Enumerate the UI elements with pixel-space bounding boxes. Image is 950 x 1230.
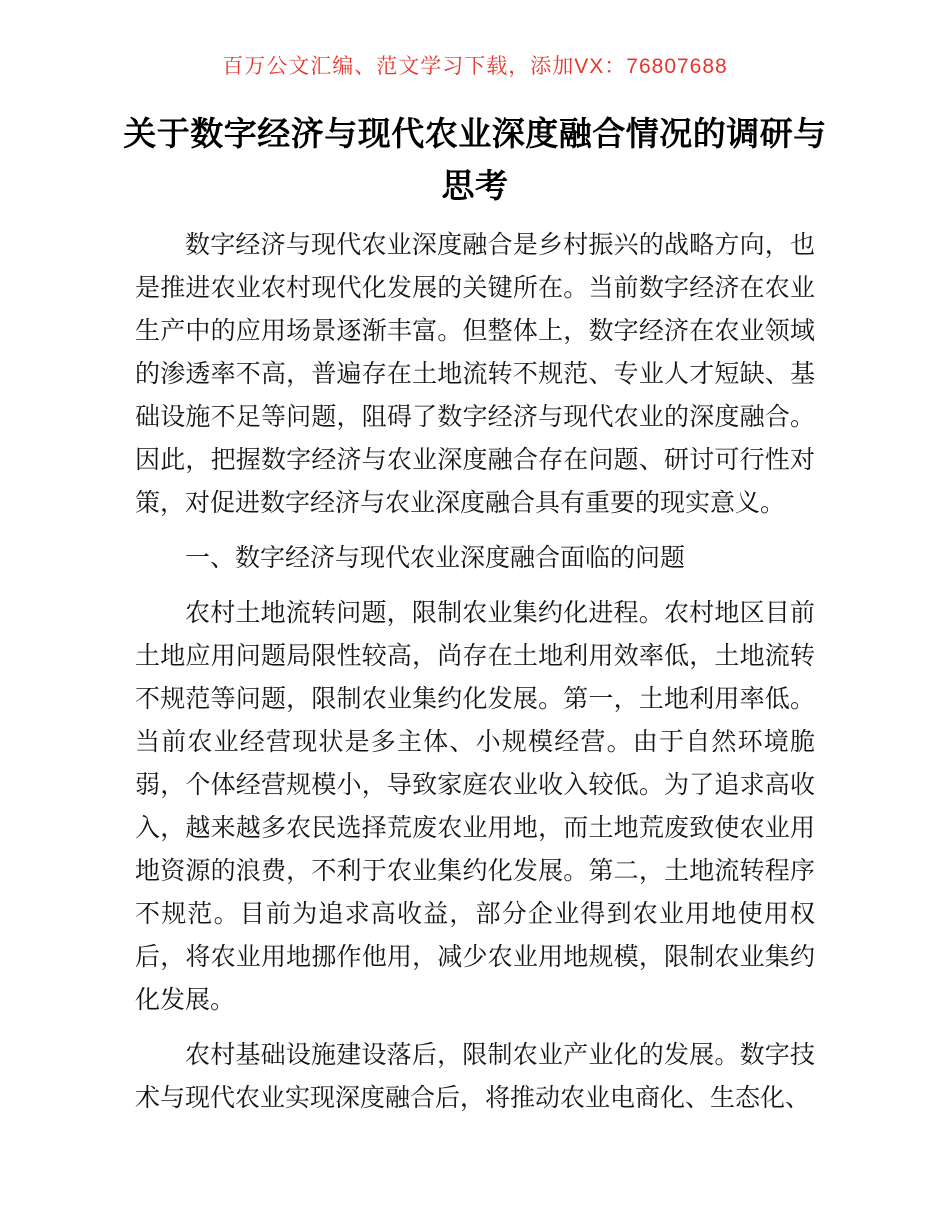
paragraph-land-transfer: 农村土地流转问题，限制农业集约化进程。农村地区目前土地应用问题局限性较高，尚存在… (135, 592, 815, 1022)
section-heading-1: 一、数字经济与现代农业深度融合面临的问题 (135, 537, 815, 580)
paragraph-intro: 数字经济与现代农业深度融合是乡村振兴的战略方向，也是推进农业农村现代化发展的关键… (135, 224, 815, 525)
document-body: 数字经济与现代农业深度融合是乡村振兴的战略方向，也是推进农业农村现代化发展的关键… (135, 224, 815, 1120)
promo-banner-text: 百万公文汇编、范文学习下载，添加VX：76807688 (0, 0, 950, 82)
paragraph-infrastructure: 农村基础设施建设落后，限制农业产业化的发展。数字技术与现代农业实现深度融合后，将… (135, 1034, 815, 1120)
document-title: 关于数字经济与现代农业深度融合情况的调研与思考 (120, 108, 830, 212)
document-page: 百万公文汇编、范文学习下载，添加VX：76807688 关于数字经济与现代农业深… (0, 0, 950, 1230)
